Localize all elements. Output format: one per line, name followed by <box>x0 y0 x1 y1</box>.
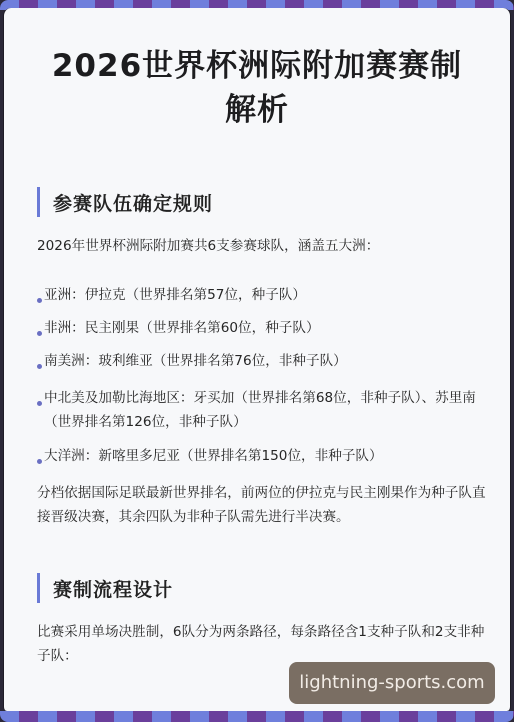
list-item-text: 中北美及加勒比海地区：牙买加（世界排名第68位，非种子队）、苏里南（世界排名第1… <box>44 390 476 430</box>
bullet-dot-icon <box>37 298 42 303</box>
list-item-africa: 非洲：民主刚果（世界排名第60位，种子队） <box>37 316 489 340</box>
bullet-dot-icon <box>37 364 42 369</box>
title-line-2: 解析 <box>4 88 510 132</box>
list-item-asia: 亚洲：伊拉克（世界排名第57位，种子队） <box>37 283 489 307</box>
section-title: 赛制流程设计 <box>53 575 173 602</box>
section-accent-bar <box>37 187 40 217</box>
article-card: 2026世界杯洲际附加赛赛制 解析 参赛队伍确定规则 2026年世界杯洲际附加赛… <box>3 8 511 711</box>
bullet-dot-icon <box>37 401 42 406</box>
seeding-summary-paragraph: 分档依据国际足联最新世界排名，前两位的伊拉克与民主刚果作为种子队直接晋级决赛，其… <box>37 481 487 529</box>
format-intro-paragraph: 比赛采用单场决胜制，6队分为两条路径，每条路径含1支种子队和2支非种子队： <box>37 620 487 668</box>
list-item-south-america: 南美洲：玻利维亚（世界排名第76位，非种子队） <box>37 349 489 373</box>
title-line-1: 2026世界杯洲际附加赛赛制 <box>4 44 510 88</box>
list-item-concacaf: 中北美及加勒比海地区：牙买加（世界排名第68位，非种子队）、苏里南（世界排名第1… <box>37 386 489 434</box>
bottom-striped-border <box>0 711 514 722</box>
bullet-dot-icon <box>37 331 42 336</box>
list-item-text: 大洋洲：新喀里多尼亚（世界排名第150位，非种子队） <box>44 448 383 464</box>
intro-paragraph: 2026年世界杯洲际附加赛共6支参赛球队，涵盖五大洲： <box>37 234 487 258</box>
list-item-oceania: 大洋洲：新喀里多尼亚（世界排名第150位，非种子队） <box>37 444 489 468</box>
section-heading-team-rules: 参赛队伍确定规则 <box>37 187 213 217</box>
section-title: 参赛队伍确定规则 <box>53 189 213 216</box>
list-item-text: 南美洲：玻利维亚（世界排名第76位，非种子队） <box>44 353 347 369</box>
list-item-text: 非洲：民主刚果（世界排名第60位，种子队） <box>44 320 320 336</box>
page-frame: 2026世界杯洲际附加赛赛制 解析 参赛队伍确定规则 2026年世界杯洲际附加赛… <box>0 0 514 722</box>
section-accent-bar <box>37 573 40 603</box>
page-title: 2026世界杯洲际附加赛赛制 解析 <box>4 44 510 132</box>
site-watermark: lightning-sports.com <box>289 662 495 704</box>
list-item-text: 亚洲：伊拉克（世界排名第57位，种子队） <box>44 287 306 303</box>
bullet-dot-icon <box>37 459 42 464</box>
section-heading-format: 赛制流程设计 <box>37 573 173 603</box>
